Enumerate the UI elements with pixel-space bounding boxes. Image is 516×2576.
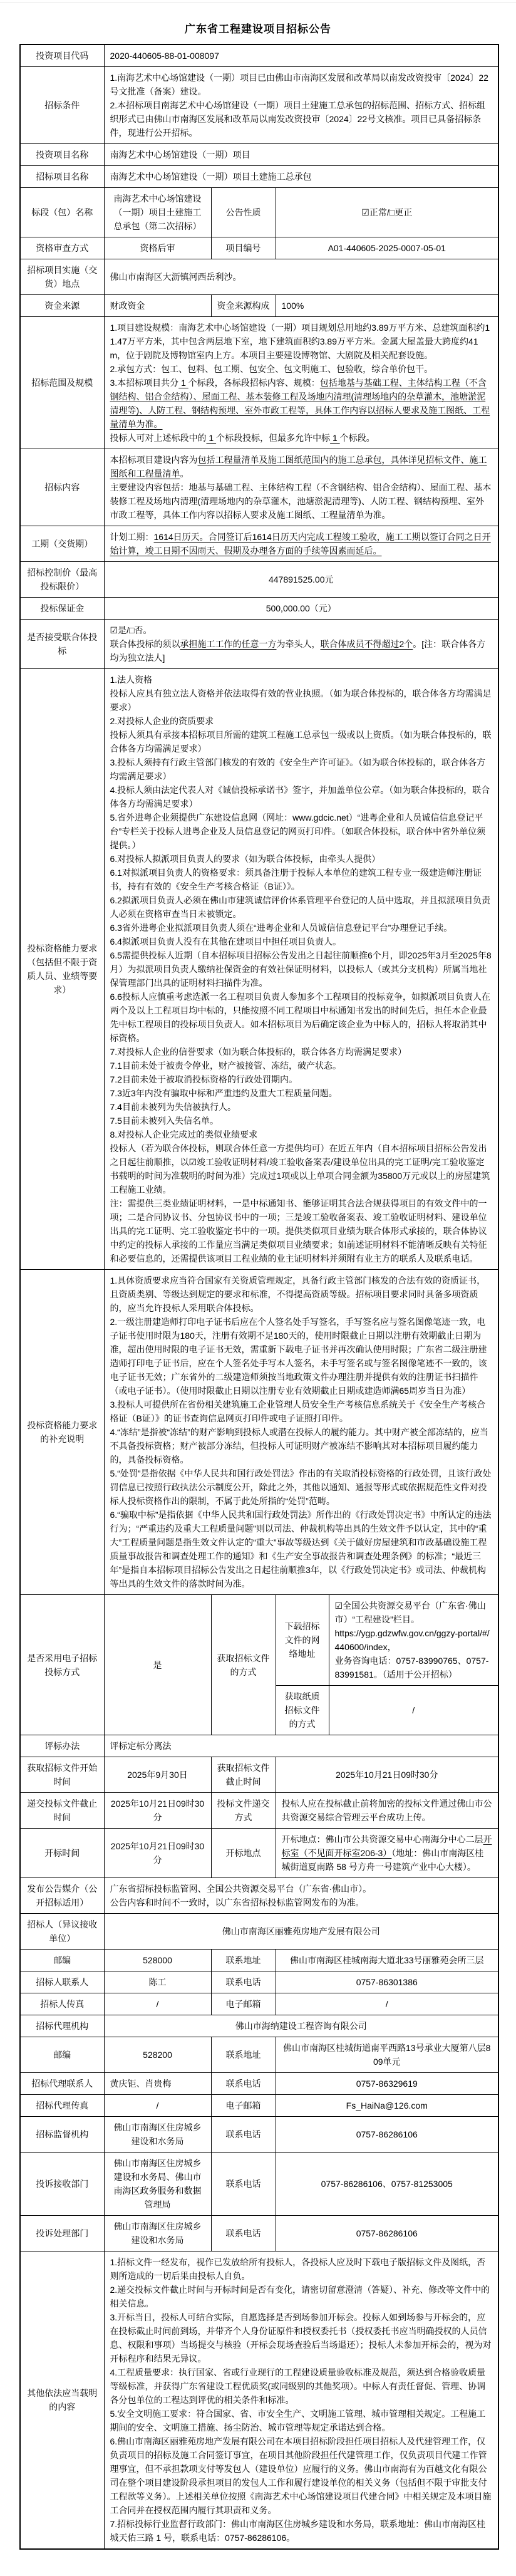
text-paragraph: 4.投标人须由法定代表人对《诚信投标承诺书》签字，并加盖单位公章。（如为联合体投…: [110, 783, 493, 811]
table-row-complaint-handling: 投诉处理部门佛山市南海区住房城乡建设和水务局联系电话0757-86286106: [20, 2216, 498, 2251]
text-paragraph: 联系电话: [217, 2077, 270, 2090]
bid-submission-deadline-value-3: 投标人应在投标截止前将加密的投标文件通过佛山市公共资源交易综合管理云平台成功上传…: [276, 1793, 498, 1829]
text-paragraph: 0757-86286106: [282, 2127, 493, 2141]
text-paragraph: 6.1对拟派项目负责人的资格要求：须具备注册于投标人本单位的建筑工程专业一级建造…: [110, 866, 493, 893]
text-paragraph: 项目编号: [217, 241, 270, 255]
bid-opening-time-value: 2025年10月21日09时30分: [104, 1829, 211, 1878]
agency-contact-value-3: 0757-86329619: [276, 2073, 498, 2095]
investment-project-name-label: 投资项目名称: [20, 144, 104, 166]
evaluation-method-value: 评标定标分离法: [104, 1735, 498, 1757]
table-row-investment-project-name: 投资项目名称南海艺术中心场馆建设（一期）项目: [20, 144, 498, 166]
bid-opening-time-label-2: 开标地点: [211, 1829, 276, 1878]
funding-source-value: 财政资金: [104, 295, 211, 317]
table-row-tenderer-fax: 招标人传真/电子邮箱/: [20, 1993, 498, 2015]
bid-bond-label: 投标保证金: [20, 598, 104, 620]
agency-fax-value: /: [104, 2095, 211, 2117]
text-paragraph: 447891525.00元: [110, 573, 493, 586]
text-paragraph: 开标地点：佛山市公共资源交易中心南海分中心二层开标室（不见面开标室206-3）（…: [282, 1832, 493, 1874]
text-paragraph: 招标内容: [26, 480, 98, 494]
tender-scope-scale-label: 招标范围及规模: [20, 317, 104, 449]
text-paragraph: 邮编: [26, 1953, 98, 1967]
text-paragraph: 3.投标人须持有行政主管部门核发的有效的《安全生产许可证》。（如为联合体投标的，…: [110, 756, 493, 783]
table-row-tenderer-postcode: 邮编528000联系地址佛山市南海区桂城南海大道北33号丽雅苑会所三层: [20, 1950, 498, 1971]
text-paragraph: ☑是/□否。: [110, 623, 493, 637]
investment-project-code-value: 2020-440605-88-01-008097: [104, 44, 498, 67]
text-paragraph: 联系电话: [217, 2226, 270, 2240]
text-paragraph: 528200: [110, 2048, 205, 2062]
text-paragraph: https://ygp.gdzwfw.gov.cn/ggzy-portal/#/…: [335, 1626, 493, 1654]
text-paragraph: 投标人应在投标截止前将加密的投标文件通过佛山市公共资源交易综合管理云平台成功上传…: [282, 1797, 493, 1824]
construction-period-label: 工期（交货期）: [20, 526, 104, 562]
text-paragraph: 2020-440605-88-01-008097: [110, 49, 493, 63]
text-paragraph: ☑全国公共资源交易平台（广东省·佛山市）“工程建设”栏目。: [335, 1599, 493, 1626]
text-paragraph: 投标资格能力要求（包括但不限于资质人员、业绩等要求）: [26, 942, 98, 997]
document-acquisition-time-label: 获取招标文件开始时间: [20, 1757, 104, 1793]
text-paragraph: 投标保证金: [26, 601, 98, 615]
table-row-announcement-media: 发布公告媒介（公开招标适用）广东省招标投标监管网、全国公共资源交易平台（广东省·…: [20, 1878, 498, 1914]
text-paragraph: 广东省招标投标监管网、全国公共资源交易平台（广东省·佛山市）。: [110, 1882, 493, 1896]
text-paragraph: 2.一级注册建造师打印电子证书后应在个人签名处手写签名，手写签名应与签名图像笔迹…: [110, 1315, 493, 1398]
text-paragraph: 6.佛山市南海区丽雅苑房地产发展有限公司在本项目招标阶段担任项目招标人及代建管理…: [110, 2434, 493, 2517]
announcement-media-value: 广东省招标投标监管网、全国公共资源交易平台（广东省·佛山市）。公告内容和时间不一…: [104, 1878, 498, 1914]
table-row-tender-project-name: 招标项目名称南海艺术中心场馆建设（一期）项目土建施工总承包: [20, 166, 498, 188]
text-paragraph: 工期（交货期）: [26, 537, 98, 551]
text-paragraph: 7.3近3年内没有骗取中标和严重违约及重大工程质量问题。: [110, 1086, 493, 1100]
table-row-agency-fax: 招标代理传真/电子邮箱Fs_HaiNa@126.com: [20, 2095, 498, 2117]
text-paragraph: 注：需提供三类业绩证明材料，一是中标通知书、能够证明其合法合规获得项目的有效文件…: [110, 1197, 493, 1265]
table-row-tenderer-contact: 招标人联系人陈工联系电话0757-86301386: [20, 1971, 498, 1993]
bidder-qualification-requirements-value: 1.法人资格投标人应具有独立法人资格并依法取得有效的营业执照。（如为联合体投标的…: [104, 669, 498, 1270]
supervision-authority-value: 佛山市南海区住房城乡建设和水务局: [104, 2117, 211, 2153]
text-paragraph: 是否采用电子招标投标方式: [26, 1651, 98, 1679]
table-row-consortium-bidding: 是否接受联合体投标☑是/□否。联合体投标的须以承担施工工作的任意一方为牵头人，联…: [20, 620, 498, 669]
text-paragraph: 0757-86286106: [282, 2226, 493, 2240]
document-acquisition-time-value: 2025年9月30日: [104, 1757, 211, 1793]
text-paragraph: 528000: [110, 1953, 205, 1967]
table-row-electronic-bidding: 是否采用电子招标投标方式是获取招标文件的方式下载招标文件的网络地址☑全国公共资源…: [20, 1595, 498, 1686]
tender-conditions-label: 招标条件: [20, 67, 104, 144]
text-paragraph: 招标代理传真: [26, 2099, 98, 2112]
complaint-receiving-value: 佛山市南海区住房城乡建设和水务局、佛山市南海区政务服务和数据管理局: [104, 2153, 211, 2216]
text-paragraph: 7.4目前未被列为失信被执行人。: [110, 1100, 493, 1114]
tender-content-value: 本招标项目建设内容为包括工程量清单及施工图纸范围内的施工总承包，具体详见招标文件…: [104, 449, 498, 526]
text-paragraph: 招标代理机构: [26, 2019, 98, 2033]
text-paragraph: 招标条件: [26, 98, 98, 112]
text-paragraph: 3.本招标项目共分 1 个标段，各标段招标内容、规模：包括地基与基础工程、主体结…: [110, 376, 493, 431]
text-paragraph: 联系地址: [217, 2048, 270, 2062]
text-paragraph: 招标控制价（最高投标限价）: [26, 566, 98, 593]
tender-project-name-label: 招标项目名称: [20, 166, 104, 188]
agency-fax-label-2: 电子邮箱: [211, 2095, 276, 2117]
tenderer-fax-value: /: [104, 1993, 211, 2015]
text-paragraph: 佛山市南海区住房城乡建设和水务局、佛山市南海区政务服务和数据管理局: [110, 2156, 205, 2211]
text-paragraph: 其他依法应当载明的内容: [26, 2386, 98, 2414]
text-paragraph: 2.承包方式：包工、包料、包工期、包安全、包文明施工、包验收，综合单价包干。: [110, 362, 493, 376]
text-paragraph: 黄庆钜、肖贵梅: [110, 2077, 205, 2090]
tenderer-fax-label: 招标人传真: [20, 1993, 104, 2015]
table-row-bid-bond: 投标保证金500,000.00（元）: [20, 598, 498, 620]
text-paragraph: 投标资格能力要求的补充说明: [26, 1418, 98, 1446]
text-paragraph: /: [282, 1997, 493, 2011]
tenderer-contact-label: 招标人联系人: [20, 1971, 104, 1993]
text-paragraph: 电子邮箱: [217, 1997, 270, 2011]
text-paragraph: 招标项目名称: [26, 170, 98, 184]
qualification-review-method-label-2: 项目编号: [211, 237, 276, 259]
table-row-agency-postcode: 邮编528200联系地址佛山市南海区桂城街道南平西路13号承业大厦第八层809单…: [20, 2037, 498, 2073]
complaint-receiving-label-2: 联系电话: [211, 2153, 276, 2216]
supervision-authority-label: 招标监督机构: [20, 2117, 104, 2153]
tenderer-label: 招标人（异议接收单位）: [20, 1914, 104, 1950]
agency-postcode-label-2: 联系地址: [211, 2037, 276, 2073]
text-paragraph: 是: [110, 1658, 205, 1672]
text-paragraph: 5.“处罚”是指依据《中华人民共和国行政处罚法》作出的有关取消投标资格的行政处罚…: [110, 1467, 493, 1508]
agency-postcode-label: 邮编: [20, 2037, 104, 2073]
text-paragraph: 标段（包）名称: [26, 205, 98, 219]
text-paragraph: 佛山市南海区丽雅苑房地产发展有限公司: [110, 1924, 493, 1938]
qualification-review-method-value-3: A01-440605-2025-0007-05-01: [276, 237, 498, 259]
text-paragraph: 电子邮箱: [217, 2099, 270, 2112]
text-paragraph: 投标文件递交方式: [217, 1797, 270, 1824]
text-paragraph: 佛山市海纳建设工程咨询有限公司: [110, 2019, 493, 2033]
text-paragraph: 开标地点: [217, 1846, 270, 1860]
text-paragraph: 联系地址: [217, 1953, 270, 1967]
complaint-handling-value-3: 0757-86286106: [276, 2216, 498, 2251]
table-row-bid-submission-deadline: 递交投标文件截止时间2025年10月21日09时30分投标文件递交方式投标人应在…: [20, 1793, 498, 1829]
text-paragraph: 3.开标当日，投标人可结合实际，自愿选择是否到场参加开标会。投标人如到场参与开标…: [110, 2310, 493, 2366]
section-package-name-value-3: ☑正常/□更正: [276, 188, 498, 237]
text-paragraph: 邮编: [26, 2048, 98, 2062]
consortium-bidding-value: ☑是/□否。联合体投标的须以承担施工工作的任意一方为牵头人，联合体成员不得超过2…: [104, 620, 498, 669]
document-acquisition-time-value-3: 2025年10月21日09时30分: [276, 1757, 498, 1793]
funding-source-value-3: 100%: [276, 295, 498, 317]
text-paragraph: 招标人联系人: [26, 1975, 98, 1989]
text-paragraph: 陈工: [110, 1975, 205, 1989]
text-paragraph: 6.3省外进粤企业拟派项目负责人须在“进粤企业和人员诚信信息登记平台”办理登记手…: [110, 921, 493, 935]
electronic-bidding-label-2: 获取招标文件的方式: [211, 1595, 276, 1735]
text-paragraph: 6.6投标人应慎重考虑选派一名工程项目负责人参加多个工程项目的投标竞争，如拟派项…: [110, 990, 493, 1045]
table-row-tender-agency: 招标代理机构佛山市海纳建设工程咨询有限公司: [20, 2015, 498, 2037]
tender-conditions-value: 1.南海艺术中心场馆建设（一期）项目已由佛山市南海区发展和改革局以南发改资投审〔…: [104, 67, 498, 144]
text-paragraph: 资金来源: [26, 299, 98, 313]
tenderer-fax-value-3: /: [276, 1993, 498, 2015]
complaint-receiving-label: 投诉接收部门: [20, 2153, 104, 2216]
text-paragraph: 100%: [282, 299, 493, 313]
agency-postcode-value: 528200: [104, 2037, 211, 2073]
text-paragraph: 公告内容和时间不一致时，以广东省招标投标监管网发布的为准。: [110, 1896, 493, 1909]
text-paragraph: 投资项目代码: [26, 49, 98, 63]
text-paragraph: 6.4拟派项目负责人没有在其他在建项目中担任项目负责人。: [110, 935, 493, 948]
text-paragraph: 联系电话: [217, 2177, 270, 2191]
text-paragraph: 财政资金: [110, 299, 205, 313]
complaint-handling-label-2: 联系电话: [211, 2216, 276, 2251]
paper-document-acquisition-label: 获取纸质招标文件的方式: [276, 1686, 329, 1735]
text-paragraph: Fs_HaiNa@126.com: [282, 2099, 493, 2112]
text-paragraph: ☑正常/□更正: [282, 205, 493, 219]
bidder-qualification-requirements-label: 投标资格能力要求（包括但不限于资质人员、业绩等要求）: [20, 669, 104, 1270]
text-paragraph: 2.递交投标文件截止时间与开标时间是否有变化，请密切留意澄清（答疑）、补充、修改…: [110, 2283, 493, 2310]
tenderer-contact-label-2: 联系电话: [211, 1971, 276, 1993]
table-row-supervision-authority: 招标监督机构佛山市南海区住房城乡建设和水务局联系电话0757-86286106: [20, 2117, 498, 2153]
text-paragraph: /: [335, 1703, 493, 1717]
text-paragraph: 投标人应具有独立法人资格并依法取得有效的营业执照。（如为联合体投标的，联合体各方…: [110, 687, 493, 714]
price-ceiling-value: 447891525.00元: [104, 562, 498, 598]
electronic-bidding-value-4: ☑全国公共资源交易平台（广东省·佛山市）“工程建设”栏目。https://ygp…: [329, 1595, 498, 1686]
table-row-qualification-supplementary-notes: 投标资格能力要求的补充说明1.具体资质要求应当符合国家有关资质管理规定，具备行政…: [20, 1270, 498, 1595]
text-paragraph: 递交投标文件截止时间: [26, 1797, 98, 1824]
text-paragraph: 1.法人资格: [110, 673, 493, 687]
qualification-review-method-value: 资格后审: [104, 237, 211, 259]
section-package-name-value: 南海艺术中心场馆建设（一期）项目土建施工总承包（第二次招标）: [104, 188, 211, 237]
text-paragraph: 佛山市南海区住房城乡建设和水务局: [110, 2220, 205, 2247]
text-paragraph: A01-440605-2025-0007-05-01: [282, 241, 493, 255]
table-row-tender-content: 招标内容本招标项目建设内容为包括工程量清单及施工图纸范围内的施工总承包，具体详见…: [20, 449, 498, 526]
tenderer-fax-label-2: 电子邮箱: [211, 1993, 276, 2015]
text-paragraph: 4.“冻结”是指被“冻结”的财产影响到投标人或潜在投标人的履约能力。其中财产被全…: [110, 1425, 493, 1467]
table-row-qualification-review-method: 资格审查方式资格后审项目编号A01-440605-2025-0007-05-01: [20, 237, 498, 259]
text-paragraph: 8.对投标人企业完成过的类似业绩要求: [110, 1128, 493, 1141]
agency-contact-label: 招标代理联系人: [20, 2073, 104, 2095]
text-paragraph: 6.2拟派项目负责人必须在佛山市建筑诚信评价体系管理平台登记的人员中选取，并且拟…: [110, 893, 493, 921]
text-paragraph: 主要建设内容包括：地基与基础工程、主体结构工程（不含钢结构、铝合金结构）、屋面工…: [110, 480, 493, 522]
construction-period-value: 计划工期：1614日历天。合同签订后1614日历天内完成工程竣工验收，施工工期以…: [104, 526, 498, 562]
supervision-authority-label-2: 联系电话: [211, 2117, 276, 2153]
tender-content-label: 招标内容: [20, 449, 104, 526]
text-paragraph: /: [110, 1997, 205, 2011]
table-row-section-package-name: 标段（包）名称南海艺术中心场馆建设（一期）项目土建施工总承包（第二次招标）公告性…: [20, 188, 498, 237]
text-paragraph: 5.省外进粤企业须提供广东建设信息网（网址：www.gdcic.net）“进粤企…: [110, 811, 493, 852]
text-paragraph: 联系电话: [217, 1975, 270, 1989]
section-package-name-label-2: 公告性质: [211, 188, 276, 237]
funding-source-label-2: 资金来源构成: [211, 295, 276, 317]
text-paragraph: 招标人传真: [26, 1997, 98, 2011]
paper-document-acquisition-value: /: [329, 1686, 498, 1735]
table-row-implementation-location: 招标项目实施（交货）地点佛山市南海区大沥镇河西岳利沙。: [20, 259, 498, 295]
page-title: 广东省工程建设项目招标公告: [0, 20, 516, 36]
price-ceiling-label: 招标控制价（最高投标限价）: [20, 562, 104, 598]
page-top-divider: [0, 0, 516, 3]
text-paragraph: 佛山市南海区大沥镇河西岳利沙。: [110, 270, 493, 284]
agency-contact-label-2: 联系电话: [211, 2073, 276, 2095]
electronic-bidding-label-3: 下载招标文件的网络地址: [276, 1595, 329, 1686]
agency-fax-label: 招标代理传真: [20, 2095, 104, 2117]
text-paragraph: 0757-86301386: [282, 1975, 493, 1989]
text-paragraph: 联合体投标的须以承担施工工作的任意一方为牵头人，联合体成员不得超过2个。[注：联…: [110, 637, 493, 665]
tenderer-contact-value: 陈工: [104, 1971, 211, 1993]
text-paragraph: 7.1目前未处于被责令停业，财产被接管、冻结，破产状态。: [110, 1059, 493, 1072]
implementation-location-value: 佛山市南海区大沥镇河西岳利沙。: [104, 259, 498, 295]
text-paragraph: 佛山市南海区住房城乡建设和水务局: [110, 2121, 205, 2148]
text-paragraph: 7.对投标人企业的信誉要求（如为联合体投标的，联合体各方均需满足要求）: [110, 1045, 493, 1059]
supervision-authority-value-3: 0757-86286106: [276, 2117, 498, 2153]
text-paragraph: 2.本招标项目南海艺术中心场馆建设（一期）项目土建施工总承包的招标范围、招标方式…: [110, 98, 493, 140]
text-paragraph: 发布公告媒介（公开招标适用）: [26, 1882, 98, 1909]
table-row-complaint-receiving: 投诉接收部门佛山市南海区住房城乡建设和水务局、佛山市南海区政务服务和数据管理局联…: [20, 2153, 498, 2216]
text-paragraph: 佛山市南海区桂城南海大道北33号丽雅苑会所三层: [282, 1953, 493, 1967]
text-paragraph: 开标时间: [26, 1846, 98, 1860]
investment-project-name-value: 南海艺术中心场馆建设（一期）项目: [104, 144, 498, 166]
evaluation-method-label: 评标办法: [20, 1735, 104, 1757]
text-paragraph: 5.安全文明施工要求：符合国家、省、市安全生产、文明施工管理、城市管理相关规定。…: [110, 2407, 493, 2434]
table-row-price-ceiling: 招标控制价（最高投标限价）447891525.00元: [20, 562, 498, 598]
text-paragraph: 投标人（若为联合体投标，则联合体任意一方提供均可）在近五年内（自本招标项目招标公…: [110, 1141, 493, 1197]
text-paragraph: 资格后审: [110, 241, 205, 255]
table-row-bidder-qualification-requirements: 投标资格能力要求（包括但不限于资质人员、业绩等要求）1.法人资格投标人应具有独立…: [20, 669, 498, 1270]
text-paragraph: 南海艺术中心场馆建设（一期）项目: [110, 148, 493, 162]
complaint-receiving-value-3: 0757-86286106、0757-81253005: [276, 2153, 498, 2216]
table-row-investment-project-code: 投资项目代码2020-440605-88-01-008097: [20, 44, 498, 67]
text-paragraph: 2025年10月21日09时30分: [110, 1797, 205, 1824]
text-paragraph: 佛山市南海区桂城街道南平西路13号承业大厦第八层809单元: [282, 2041, 493, 2069]
complaint-handling-label: 投诉处理部门: [20, 2216, 104, 2251]
document-acquisition-time-label-2: 获取招标文件截止时间: [211, 1757, 276, 1793]
table-row-tender-conditions: 招标条件1.南海艺术中心场馆建设（一期）项目已由佛山市南海区发展和改革局以南发改…: [20, 67, 498, 144]
tenderer-contact-value-3: 0757-86301386: [276, 1971, 498, 1993]
text-paragraph: 投资项目名称: [26, 148, 98, 162]
text-paragraph: 投诉处理部门: [26, 2226, 98, 2240]
text-paragraph: 下载招标文件的网络地址: [282, 1619, 323, 1661]
qualification-review-method-label: 资格审查方式: [20, 237, 104, 259]
table-row-tender-scope-scale: 招标范围及规模1.项目建设规模：南海艺术中心场馆建设（一期）项目规划总用地约3.…: [20, 317, 498, 449]
investment-project-code-label: 投资项目代码: [20, 44, 104, 67]
text-paragraph: 联系电话: [217, 2127, 270, 2141]
text-paragraph: 2025年9月30日: [110, 1768, 205, 1782]
funding-source-label: 资金来源: [20, 295, 104, 317]
electronic-bidding-label: 是否采用电子招标投标方式: [20, 1595, 104, 1735]
qualification-supplementary-notes-value: 1.具体资质要求应当符合国家有关资质管理规定，具备行政主管部门核发的合法有效的资…: [104, 1270, 498, 1595]
text-paragraph: 7.2目前未处于被取消投标资格的行政处罚期内。: [110, 1072, 493, 1086]
table-row-agency-contact: 招标代理联系人黄庆钜、肖贵梅联系电话0757-86329619: [20, 2073, 498, 2095]
bid-opening-time-value-3: 开标地点：佛山市公共资源交易中心南海分中心二层开标室（不见面开标室206-3）（…: [276, 1829, 498, 1878]
text-paragraph: 获取招标文件开始时间: [26, 1761, 98, 1789]
table-row-evaluation-method: 评标办法评标定标分离法: [20, 1735, 498, 1757]
table-row-bid-opening-time: 开标时间2025年10月21日09时30分开标地点开标地点：佛山市公共资源交易中…: [20, 1829, 498, 1878]
text-paragraph: 是否接受联合体投标: [26, 630, 98, 658]
text-paragraph: 资格审查方式: [26, 241, 98, 255]
announcement-media-label: 发布公告媒介（公开招标适用）: [20, 1878, 104, 1914]
text-paragraph: 招标项目实施（交货）地点: [26, 263, 98, 291]
text-paragraph: /: [110, 2099, 205, 2112]
implementation-location-label: 招标项目实施（交货）地点: [20, 259, 104, 295]
tender-agency-value: 佛山市海纳建设工程咨询有限公司: [104, 2015, 498, 2037]
text-paragraph: 获取招标文件的方式: [217, 1651, 270, 1679]
bid-opening-time-label: 开标时间: [20, 1829, 104, 1878]
text-paragraph: 1.南海艺术中心场馆建设（一期）项目已由佛山市南海区发展和改革局以南发改资投审〔…: [110, 71, 493, 98]
text-paragraph: 招标监督机构: [26, 2127, 98, 2141]
tenderer-postcode-label-2: 联系地址: [211, 1950, 276, 1971]
text-paragraph: 投诉接收部门: [26, 2177, 98, 2191]
text-paragraph: 本招标项目建设内容为包括工程量清单及施工图纸范围内的施工总承包，具体详见招标文件…: [110, 453, 493, 480]
text-paragraph: 2.对投标人企业的资质要求: [110, 714, 493, 728]
tenderer-postcode-value: 528000: [104, 1950, 211, 1971]
text-paragraph: 南海艺术中心场馆建设（一期）项目土建施工总承包: [110, 170, 493, 184]
electronic-bidding-value: 是: [104, 1595, 211, 1735]
consortium-bidding-label: 是否接受联合体投标: [20, 620, 104, 669]
text-paragraph: 2025年10月21日09时30分: [282, 1768, 493, 1782]
text-paragraph: 6.5需提供投标人近期（自本招标项目招标公告发出之日起往前顺推6个月，即2025…: [110, 948, 493, 990]
text-paragraph: 1.具体资质要求应当符合国家有关资质管理规定，具备行政主管部门核发的合法有效的资…: [110, 1274, 493, 1315]
tender-project-name-value: 南海艺术中心场馆建设（一期）项目土建施工总承包: [104, 166, 498, 188]
text-paragraph: 3.投标人可提供所在省份相关建筑施工企业管理人员安全生产考核信息系统关于《安全生…: [110, 1398, 493, 1425]
text-paragraph: 招标人（异议接收单位）: [26, 1918, 98, 1945]
text-paragraph: 获取纸质招标文件的方式: [282, 1690, 323, 1731]
bid-bond-value: 500,000.00（元）: [104, 598, 498, 620]
text-paragraph: 2025年10月21日09时30分: [110, 1839, 205, 1867]
text-paragraph: 0757-86286106、0757-81253005: [282, 2177, 493, 2191]
text-paragraph: 500,000.00（元）: [110, 601, 493, 615]
bid-submission-deadline-label-2: 投标文件递交方式: [211, 1793, 276, 1829]
complaint-handling-value: 佛山市南海区住房城乡建设和水务局: [104, 2216, 211, 2251]
tenderer-postcode-label: 邮编: [20, 1950, 104, 1971]
table-row-funding-source: 资金来源财政资金资金来源构成100%: [20, 295, 498, 317]
tender-agency-label: 招标代理机构: [20, 2015, 104, 2037]
text-paragraph: 南海艺术中心场馆建设（一期）项目土建施工总承包（第二次招标）: [110, 192, 205, 233]
table-row-document-acquisition-time: 获取招标文件开始时间2025年9月30日获取招标文件截止时间2025年10月21…: [20, 1757, 498, 1793]
text-paragraph: 招标代理联系人: [26, 2077, 98, 2090]
text-paragraph: 4.工程质量要求：执行国家、省或行业现行的工程建设质量验收标准及规范，须达到合格…: [110, 2366, 493, 2407]
table-row-tenderer: 招标人（异议接收单位）佛山市南海区丽雅苑房地产发展有限公司: [20, 1914, 498, 1950]
agency-fax-value-3: Fs_HaiNa@126.com: [276, 2095, 498, 2117]
text-paragraph: 评标办法: [26, 1739, 98, 1753]
qualification-supplementary-notes-label: 投标资格能力要求的补充说明: [20, 1270, 104, 1595]
text-paragraph: 6.“骗取中标”是指依据《中华人民共和国行政处罚法》所作出的《行政处罚决定书》中…: [110, 1508, 493, 1591]
bid-submission-deadline-label: 递交投标文件截止时间: [20, 1793, 104, 1829]
tender-table-body: 投资项目代码2020-440605-88-01-008097招标条件1.南海艺术…: [20, 44, 498, 2549]
table-row-construction-period: 工期（交货期）计划工期：1614日历天。合同签订后1614日历天内完成工程竣工验…: [20, 526, 498, 562]
tender-scope-scale-value: 1.项目建设规模：南海艺术中心场馆建设（一期）项目规划总用地约3.89万平方米、…: [104, 317, 498, 449]
table-row-other-required-content: 其他依法应当载明的内容1.招标文件一经发布，视作已发放给所有投标人，各投标人应及…: [20, 2251, 498, 2550]
text-paragraph: 0757-86329619: [282, 2077, 493, 2090]
text-paragraph: 1.招标文件一经发布，视作已发放给所有投标人，各投标人应及时下载电子版招标文件及…: [110, 2255, 493, 2283]
other-required-content-value: 1.招标文件一经发布，视作已发放给所有投标人，各投标人应及时下载电子版招标文件及…: [104, 2251, 498, 2550]
agency-contact-value: 黄庆钜、肖贵梅: [104, 2073, 211, 2095]
text-paragraph: 7.招标投标行业监督行政部门：佛山市南海区住房城乡建设和水务局，联系地址：佛山市…: [110, 2517, 493, 2545]
tender-announcement-table: 投资项目代码2020-440605-88-01-008097招标条件1.南海艺术…: [19, 44, 499, 2550]
text-paragraph: 公告性质: [217, 205, 270, 219]
tenderer-value: 佛山市南海区丽雅苑房地产发展有限公司: [104, 1914, 498, 1950]
text-paragraph: 投标人须具有承接本招标项目所需的建筑工程施工总承包一级或以上资质。（如为联合体投…: [110, 728, 493, 756]
text-paragraph: 6.对投标人拟派项目负责人的要求（如为联合体投标，由牵头人提供）: [110, 852, 493, 866]
text-paragraph: 业务咨询电话：0757-83990765、0757-83991581。（适用于公…: [335, 1654, 493, 1681]
bid-submission-deadline-value: 2025年10月21日09时30分: [104, 1793, 211, 1829]
text-paragraph: 计划工期：1614日历天。合同签订后1614日历天内完成工程竣工验收，施工工期以…: [110, 530, 493, 558]
other-required-content-label: 其他依法应当载明的内容: [20, 2251, 104, 2550]
text-paragraph: 资金来源构成: [217, 299, 270, 313]
text-paragraph: 7.5目前未被列入失信名单。: [110, 1114, 493, 1128]
text-paragraph: 评标定标分离法: [110, 1739, 493, 1753]
text-paragraph: 获取招标文件截止时间: [217, 1761, 270, 1789]
text-paragraph: 投标人可对上述标段中的 1 个标段投标，但最多允许中标 1 个标段。: [110, 431, 493, 445]
section-package-name-label: 标段（包）名称: [20, 188, 104, 237]
agency-postcode-value-3: 佛山市南海区桂城街道南平西路13号承业大厦第八层809单元: [276, 2037, 498, 2073]
text-paragraph: 招标范围及规模: [26, 376, 98, 390]
tenderer-postcode-value-3: 佛山市南海区桂城南海大道北33号丽雅苑会所三层: [276, 1950, 498, 1971]
text-paragraph: 1.项目建设规模：南海艺术中心场馆建设（一期）项目规划总用地约3.89万平方米、…: [110, 321, 493, 362]
